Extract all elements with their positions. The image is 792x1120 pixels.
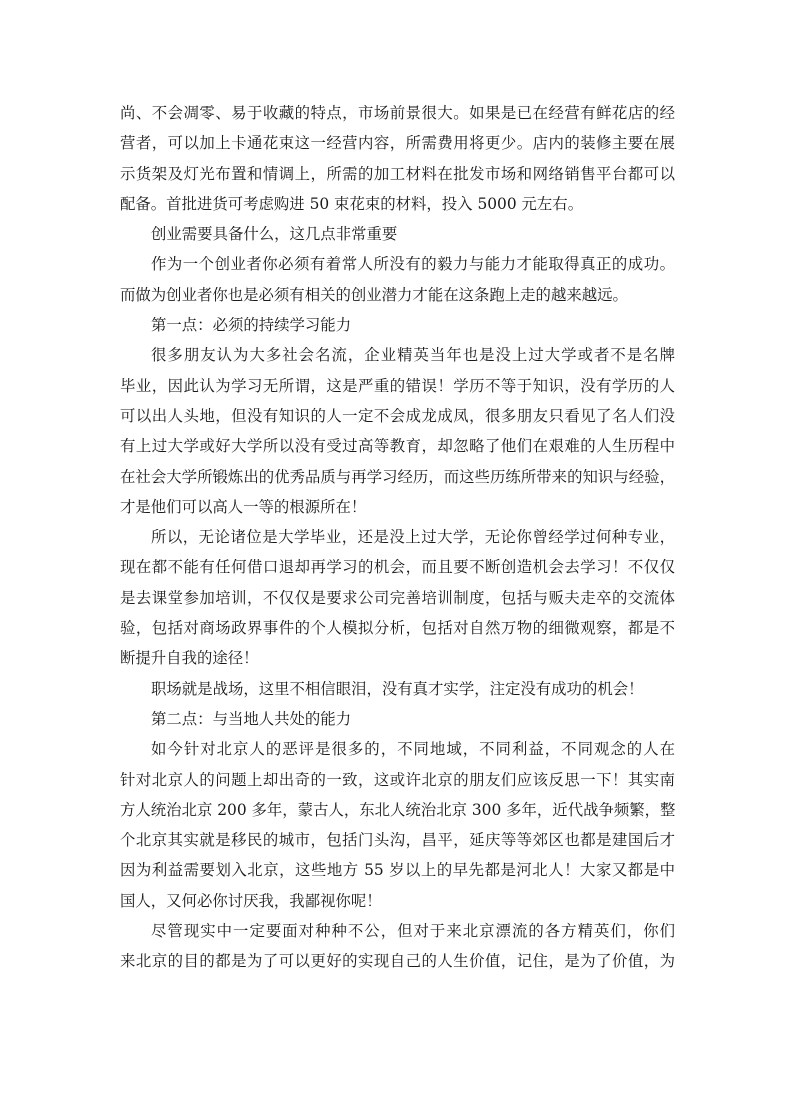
paragraph-first-line: 第一点：必须的持续学习能力 [120, 310, 675, 340]
paragraph-line: 可以出人头地，但没有知识的人一定不会成龙成凤，很多朋友只看见了名人们没 [120, 401, 675, 431]
paragraph-line: 毕业，因此认为学习无所谓，这是严重的错误！学历不等于知识，没有学历的人 [120, 371, 675, 401]
paragraph-first-line: 尽管现实中一定要面对种种不公，但对于来北京漂流的各方精英们，你们 [120, 916, 675, 946]
paragraph-line: 示货架及灯光布置和情调上，所需的加工材料在批发市场和网络销售平台都可以 [120, 159, 675, 189]
paragraph-first-line: 所以，无论诸位是大学毕业，还是没上过大学，无论你曾经学过何种专业， [120, 522, 675, 552]
paragraph-line: 方人统治北京 200 多年，蒙古人，东北人统治北京 300 多年，近代战争频繁，… [120, 795, 675, 825]
paragraph-line: 配备。首批进货可考虑购进 50 束花束的材料，投入 5000 元左右。 [120, 189, 675, 219]
paragraph-line: 尚、不会凋零、易于收藏的特点，市场前景很大。如果是已在经营有鲜花店的经 [120, 98, 675, 128]
paragraph-first-line: 第二点：与当地人共处的能力 [120, 704, 675, 734]
paragraph-line: 个北京其实就是移民的城市，包括门头沟，昌平，延庆等等郊区也都是建国后才 [120, 825, 675, 855]
paragraph-first-line: 很多朋友认为大多社会名流，企业精英当年也是没上过大学或者不是名牌 [120, 340, 675, 370]
paragraph-first-line: 职场就是战场，这里不相信眼泪，没有真才实学，注定没有成功的机会！ [120, 674, 675, 704]
paragraph-first-line: 创业需要具备什么，这几点非常重要 [120, 219, 675, 249]
paragraph-line: 针对北京人的问题上却出奇的一致，这或许北京的朋友们应该反思一下！其实南 [120, 765, 675, 795]
paragraph-first-line: 如今针对北京人的恶评是很多的，不同地域，不同利益，不同观念的人在 [120, 734, 675, 764]
paragraph-line: 有上过大学或好大学所以没有受过高等教育，却忽略了他们在艰难的人生历程中 [120, 431, 675, 461]
paragraph-line: 因为利益需要划入北京，这些地方 55 岁以上的早先都是河北人！大家又都是中 [120, 855, 675, 885]
paragraph-line: 现在都不能有任何借口退却再学习的机会，而且要不断创造机会去学习！不仅仅 [120, 552, 675, 582]
paragraph-line: 来北京的目的都是为了可以更好的实现自己的人生价值，记住，是为了价值，为 [120, 946, 675, 976]
paragraph-line: 国人，又何必你讨厌我，我鄙视你呢！ [120, 886, 675, 916]
paragraph-line: 是去课堂参加培训，不仅仅是要求公司完善培训制度，包括与贩夫走卒的交流体 [120, 583, 675, 613]
paragraph-line: 营者，可以加上卡通花束这一经营内容，所需费用将更少。店内的装修主要在展 [120, 128, 675, 158]
paragraph-line: 而做为创业者你也是必须有相关的创业潜力才能在这条跑上走的越来越远。 [120, 280, 675, 310]
document-body: 尚、不会凋零、易于收藏的特点，市场前景很大。如果是已在经营有鲜花店的经营者，可以… [120, 98, 675, 977]
paragraph-line: 验，包括对商场政界事件的个人模拟分析，包括对自然万物的细微观察，都是不 [120, 613, 675, 643]
paragraph-line: 断提升自我的途径！ [120, 643, 675, 673]
document-page: 尚、不会凋零、易于收藏的特点，市场前景很大。如果是已在经营有鲜花店的经营者，可以… [0, 0, 792, 1120]
paragraph-first-line: 作为一个创业者你必须有着常人所没有的毅力与能力才能取得真正的成功。 [120, 249, 675, 279]
paragraph-line: 在社会大学所锻炼出的优秀品质与再学习经历，而这些历练所带来的知识与经验， [120, 462, 675, 492]
paragraph-line: 才是他们可以高人一等的根源所在！ [120, 492, 675, 522]
